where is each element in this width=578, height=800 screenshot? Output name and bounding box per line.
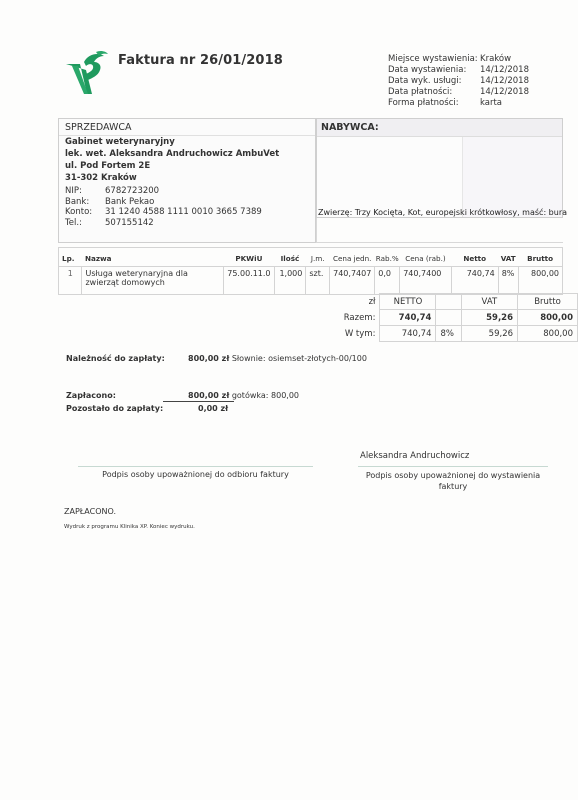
col-vat: VAT [498, 248, 518, 267]
summary-total-row: Razem: 740,74 59,26 800,00 [336, 310, 578, 326]
invoice-title: Faktura nr 26/01/2018 [118, 53, 283, 68]
seller-name-line: Gabinet weterynaryjny [59, 136, 315, 148]
buyer-animal-frame [316, 218, 563, 243]
buyer-heading: NABYWCA: [317, 119, 562, 137]
issuer-signature-line [358, 466, 548, 467]
col-gross: Brutto [518, 248, 562, 267]
amount-due: 800,00 zł Słownie: osiemset-złotych-00/1… [188, 354, 367, 363]
amount-due-label: Należność do zapłaty: [66, 354, 165, 363]
col-lp: Lp. [59, 248, 82, 267]
col-qty: Ilość [274, 248, 306, 267]
seller-city-line: 31-302 Kraków [59, 172, 315, 184]
paid-amount: 800,00 zł gotówka: 800,00 [188, 391, 299, 400]
meta-payment-date: Data płatności:14/12/2018 [388, 87, 529, 98]
seller-name-line: lek. wet. Aleksandra Andruchowicz AmbuVe… [59, 148, 315, 160]
issuer-signature-caption: Podpis osoby upoważnionej do wystawienia… [358, 470, 548, 492]
items-table: Lp. Nazwa PKWiU Ilość J.m. Cena jedn. Ra… [58, 247, 563, 295]
buyer-side-panel [463, 137, 562, 217]
issuer-name: Aleksandra Andruchowicz [360, 451, 469, 461]
items-header-row: Lp. Nazwa PKWiU Ilość J.m. Cena jedn. Ra… [59, 248, 563, 267]
seller-heading: SPRZEDAWCA [59, 119, 315, 136]
seller-account: Konto:31 1240 4588 1111 0010 3665 7389 [59, 207, 315, 218]
seller-box: SPRZEDAWCA Gabinet weterynaryjny lek. we… [58, 118, 316, 243]
summary-header-row: zł NETTO VAT Brutto [336, 294, 578, 310]
col-unit: J.m. [306, 248, 330, 267]
col-price-discounted: Cena (rab.) [400, 248, 451, 267]
remaining-amount: 0,00 zł [198, 404, 228, 413]
meta-issue-date: Data wystawienia:14/12/2018 [388, 65, 529, 76]
col-net: Netto [451, 248, 498, 267]
receiver-signature-line [78, 466, 313, 467]
col-pkwiu: PKWiU [224, 248, 274, 267]
seller-address-line: ul. Pod Fortem 2E [59, 160, 315, 172]
summary-breakdown-row: W tym: 740,74 8% 59,26 800,00 [336, 326, 578, 342]
paid-label: Zapłacono: [66, 391, 116, 400]
invoice-meta: Miejsce wystawienia:Kraków Data wystawie… [388, 54, 529, 109]
meta-service-date: Data wyk. usługi:14/12/2018 [388, 76, 529, 87]
col-unit-price: Cena jedn. [330, 248, 375, 267]
summary-table: zł NETTO VAT Brutto Razem: 740,74 59,26 … [336, 293, 578, 342]
meta-place: Miejsce wystawienia:Kraków [388, 54, 529, 65]
buyer-redacted-details [317, 137, 463, 217]
seller-nip: NIP:6782723200 [59, 186, 315, 197]
animal-info: Zwierzę: Trzy Kocięta, Kot, europejski k… [318, 208, 567, 217]
vet-clinic-logo-icon [66, 50, 110, 96]
sum-divider [163, 401, 234, 402]
col-name: Nazwa [82, 248, 224, 267]
col-discount: Rab.% [375, 248, 400, 267]
table-row: 1 Usługa weterynaryjna dla zwierząt domo… [59, 267, 563, 295]
seller-bank: Bank:Bank Pekao [59, 197, 315, 208]
remaining-label: Pozostało do zapłaty: [66, 404, 163, 413]
meta-payment-method: Forma płatności:karta [388, 98, 529, 109]
print-footer: Wydruk z programu Klinika XP. Koniec wyd… [64, 524, 195, 530]
paid-status: ZAPŁACONO. [64, 507, 116, 516]
seller-phone: Tel.:507155142 [59, 218, 315, 229]
receiver-signature-caption: Podpis osoby upoważnionej do odbioru fak… [78, 470, 313, 479]
